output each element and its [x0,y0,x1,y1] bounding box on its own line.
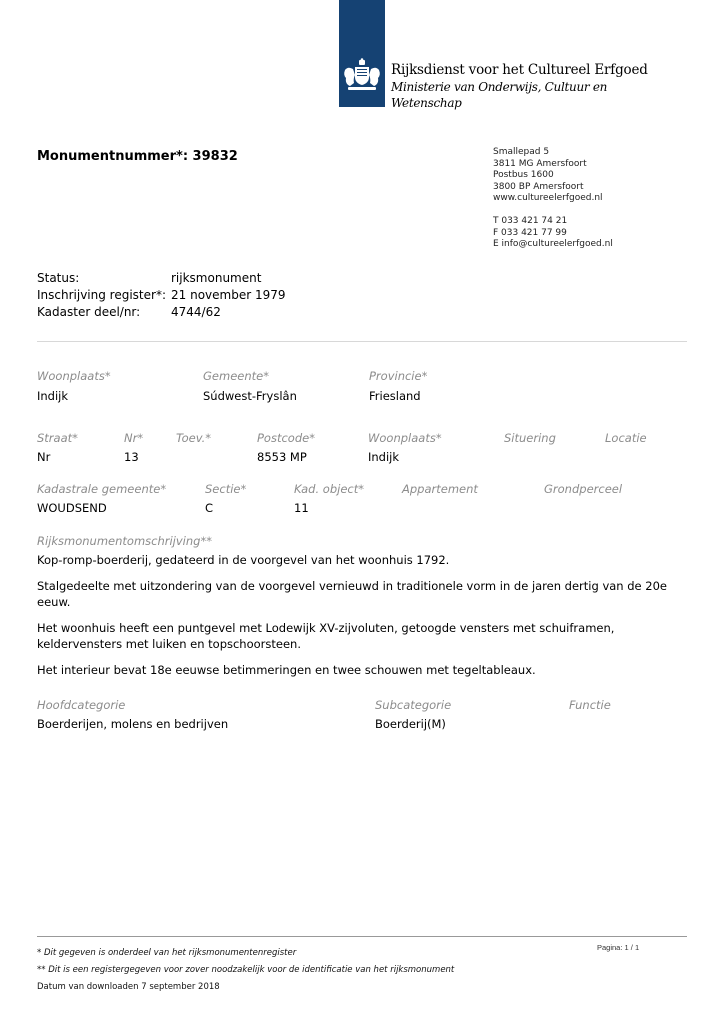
description-paragraph: Kop-romp-boerderij, gedateerd in de voor… [37,552,687,568]
nr-value: 13 [124,450,139,464]
footnote-2: ** Dit is een registergegeven voor zover… [37,965,454,975]
kadastrale-gemeente-label: Kadastrale gemeente* [37,482,166,496]
kad-object-value: 11 [294,501,309,515]
coat-of-arms-icon [342,58,382,94]
hoofdcategorie-value: Boerderijen, molens en bedrijven [37,717,228,731]
divider [37,341,687,342]
page-title: Monumentnummer*: 39832 [37,149,238,164]
situering-label: Situering [504,431,556,445]
subcategorie-label: Subcategorie [375,698,451,712]
sectie-label: Sectie* [205,482,246,496]
sectie-value: C [205,501,213,515]
registration-row: Inschrijving register*: 21 november 1979 [37,287,286,304]
subcategorie-value: Boerderij(M) [375,717,446,731]
locatie-label: Locatie [605,431,647,445]
toev-label: Toev.* [176,431,211,445]
address-pobox-city: 3800 BP Amersfoort [493,182,613,194]
straat-value: Nr [37,450,50,464]
status-value: rijksmonument [171,270,261,287]
description-text: Kop-romp-boerderij, gedateerd in de voor… [37,552,687,688]
registration-value: 21 november 1979 [171,287,286,304]
status-label: Status: [37,270,171,287]
hoofdcategorie-label: Hoofdcategorie [37,698,125,712]
woonplaats-2-value: Indijk [368,450,399,464]
registration-label: Inschrijving register*: [37,287,171,304]
download-date: Datum van downloaden 7 september 2018 [37,982,220,992]
description-label: Rijksmonumentomschrijving** [37,534,212,548]
website-link[interactable]: www.cultureelerfgoed.nl [493,193,613,205]
description-paragraph: Stalgedeelte met uitzondering van de voo… [37,578,687,610]
footer-divider [37,936,687,937]
address-postcode-city: 3811 MG Amersfoort [493,159,613,171]
contact-address: Smallepad 5 3811 MG Amersfoort Postbus 1… [493,147,613,251]
footnote-1: * Dit gegeven is onderdeel van het rijks… [37,948,296,958]
kadaster-row: Kadaster deel/nr: 4744/62 [37,304,286,321]
postcode-label: Postcode* [257,431,315,445]
description-paragraph: Het interieur bevat 18e eeuwse betimmeri… [37,662,687,678]
ministry-line-2: Wetenschap [391,95,648,111]
functie-label: Functie [569,698,611,712]
gemeente-label: Gemeente* [203,369,269,383]
grondperceel-label: Grondperceel [544,482,622,496]
phone-number: T 033 421 74 21 [493,216,613,228]
org-name: Rijksdienst voor het Cultureel Erfgoed [391,61,648,79]
ministry-line-1: Ministerie van Onderwijs, Cultuur en [391,79,648,95]
email-link[interactable]: E info@cultureelerfgoed.nl [493,239,613,251]
kad-object-label: Kad. object* [294,482,364,496]
organization-name-block: Rijksdienst voor het Cultureel Erfgoed M… [391,61,648,111]
nr-label: Nr* [124,431,143,445]
address-pobox: Postbus 1600 [493,170,613,182]
provincie-label: Provincie* [369,369,427,383]
status-block: Status: rijksmonument Inschrijving regis… [37,270,286,321]
logo-bar [339,0,385,107]
woonplaats-value: Indijk [37,389,68,403]
description-paragraph: Het woonhuis heeft een puntgevel met Lod… [37,620,687,652]
gemeente-value: Súdwest-Fryslân [203,389,297,403]
kadastrale-gemeente-value: WOUDSEND [37,501,107,515]
page-number: Pagina: 1 / 1 [597,943,639,952]
status-row: Status: rijksmonument [37,270,286,287]
appartement-label: Appartement [402,482,478,496]
address-street: Smallepad 5 [493,147,613,159]
woonplaats-label: Woonplaats* [37,369,111,383]
woonplaats-2-label: Woonplaats* [368,431,442,445]
kadaster-value: 4744/62 [171,304,221,321]
straat-label: Straat* [37,431,78,445]
provincie-value: Friesland [369,389,421,403]
fax-number: F 033 421 77 99 [493,228,613,240]
postcode-value: 8553 MP [257,450,307,464]
kadaster-label: Kadaster deel/nr: [37,304,171,321]
